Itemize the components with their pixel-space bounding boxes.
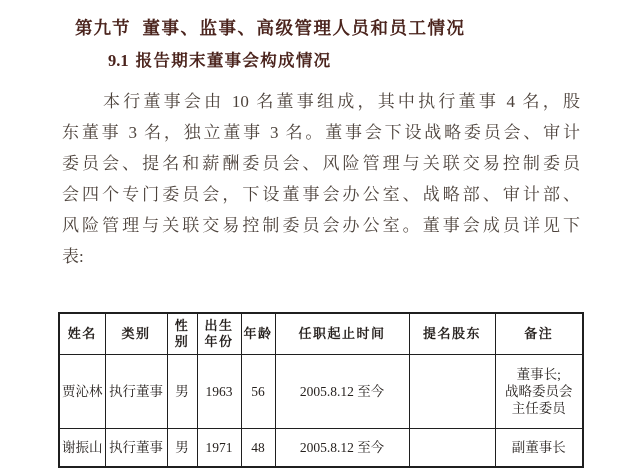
section-title: 董事、监事、高级管理人员和员工情况 bbox=[143, 18, 466, 38]
col-header-remarks: 备注 bbox=[495, 313, 583, 355]
col-header-age: 年龄 bbox=[241, 313, 275, 355]
col-header-name: 姓名 bbox=[59, 313, 105, 355]
cell-nominating-shareholder bbox=[409, 429, 495, 468]
table-row: 谢振山 执行董事 男 1971 48 2005.8.12 至今 副董事长 bbox=[59, 429, 583, 468]
paragraph-line: 风险管理与关联交易控制委员会办公室。董事会成员详见下 bbox=[62, 210, 580, 241]
table-header-row: 姓名 类别 性别 出生 年份 年龄 任职起止时间 提名股东 备注 bbox=[59, 313, 583, 355]
board-composition-paragraph: 本行董事会由 10 名董事组成，其中执行董事 4 名，股 东董事 3 名，独立董… bbox=[62, 86, 580, 272]
cell-name: 谢振山 bbox=[59, 429, 105, 468]
col-header-birth-year: 出生 年份 bbox=[197, 313, 241, 355]
cell-birth-year: 1963 bbox=[197, 355, 241, 429]
section-heading: 第九节董事、监事、高级管理人员和员工情况 bbox=[0, 0, 640, 38]
board-members-table: 姓名 类别 性别 出生 年份 年龄 任职起止时间 提名股东 备注 贾沁林 执行董… bbox=[58, 312, 584, 468]
paragraph-line: 东董事 3 名，独立董事 3 名。董事会下设战略委员会、审计 bbox=[62, 117, 580, 148]
section-number: 第九节 bbox=[75, 18, 131, 38]
subsection-number: 9.1 bbox=[108, 51, 129, 70]
cell-age: 48 bbox=[241, 429, 275, 468]
cell-gender: 男 bbox=[167, 355, 197, 429]
paragraph-line: 委员会、提名和薪酬委员会、风险管理与关联交易控制委员 bbox=[62, 148, 580, 179]
col-header-gender: 性别 bbox=[167, 313, 197, 355]
subsection-title: 报告期末董事会构成情况 bbox=[136, 51, 332, 70]
cell-gender: 男 bbox=[167, 429, 197, 468]
cell-remarks: 董事长; 战略委员会 主任委员 bbox=[495, 355, 583, 429]
paragraph-line: 会四个专门委员会，下设董事会办公室、战略部、审计部、 bbox=[62, 179, 580, 210]
cell-term: 2005.8.12 至今 bbox=[275, 355, 409, 429]
cell-name: 贾沁林 bbox=[59, 355, 105, 429]
cell-remarks: 副董事长 bbox=[495, 429, 583, 468]
table-row: 贾沁林 执行董事 男 1963 56 2005.8.12 至今 董事长; 战略委… bbox=[59, 355, 583, 429]
cell-category: 执行董事 bbox=[105, 429, 167, 468]
cell-category: 执行董事 bbox=[105, 355, 167, 429]
cell-age: 56 bbox=[241, 355, 275, 429]
cell-birth-year: 1971 bbox=[197, 429, 241, 468]
paragraph-line: 本行董事会由 10 名董事组成，其中执行董事 4 名，股 bbox=[62, 86, 580, 117]
subsection-heading: 9.1报告期末董事会构成情况 bbox=[0, 38, 640, 70]
cell-nominating-shareholder bbox=[409, 355, 495, 429]
paragraph-line: 表: bbox=[62, 241, 580, 272]
col-header-term: 任职起止时间 bbox=[275, 313, 409, 355]
col-header-nominating-shareholder: 提名股东 bbox=[409, 313, 495, 355]
cell-term: 2005.8.12 至今 bbox=[275, 429, 409, 468]
col-header-category: 类别 bbox=[105, 313, 167, 355]
report-page: 第九节董事、监事、高级管理人员和员工情况 9.1报告期末董事会构成情况 本行董事… bbox=[0, 0, 640, 470]
